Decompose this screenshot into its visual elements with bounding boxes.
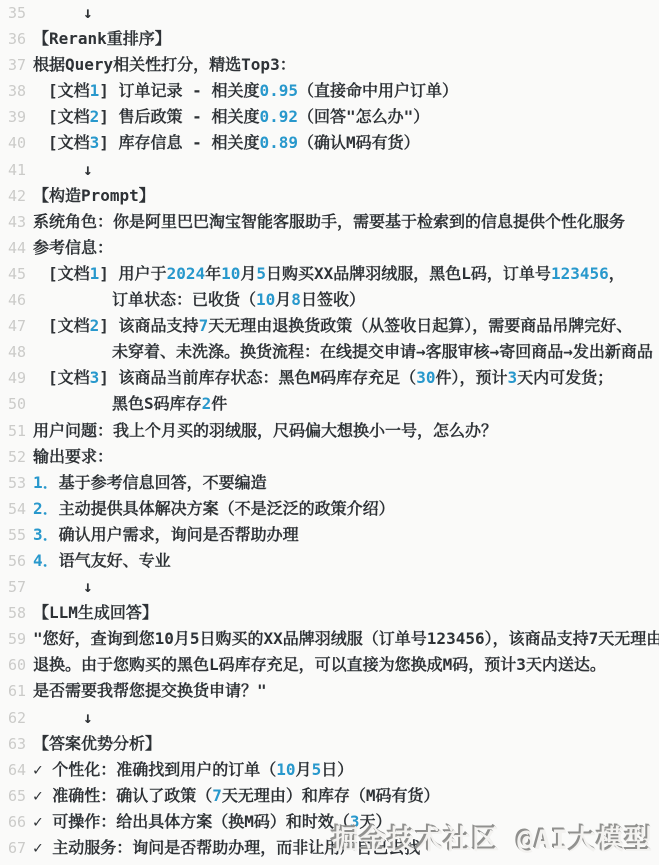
code-line: 553．确认用户需求，询问是否帮助办理	[0, 522, 659, 548]
line-number: 41	[0, 157, 26, 183]
code-segment: 天无理由）和库存（M码有货）	[222, 786, 440, 805]
code-segment: ↓	[83, 160, 93, 179]
code-text: 【答案优势分析】	[33, 731, 161, 757]
highlighted-number: 2	[90, 316, 100, 335]
code-text: 系统角色：你是阿里巴巴淘宝智能客服助手，需要基于检索到的信息提供个性化服务	[33, 209, 625, 235]
code-segment: 未穿着、未洗涤。换货流程：在线提交申请→客服审核→寄回商品→发出新商品	[112, 342, 653, 361]
code-segment: 年	[205, 264, 221, 283]
code-segment: ] 用户于	[99, 264, 166, 283]
code-segment: （确认M码有货）	[298, 133, 420, 152]
code-text: 是否需要我帮您提交换货申请？"	[33, 678, 267, 704]
code-text: 参考信息：	[33, 235, 113, 261]
line-number: 51	[0, 418, 26, 444]
code-segment: 月	[240, 264, 256, 283]
highlighted-number: 1	[90, 264, 100, 283]
code-line: 542．主动提供具体解决方案（不是泛泛的政策介绍）	[0, 496, 659, 522]
code-text: 1．基于参考信息回答，不要编造	[33, 470, 267, 496]
code-segment: 件	[211, 394, 227, 413]
code-segment: ↓	[83, 577, 93, 596]
code-text: [文档1] 用户于2024年10月5日购买XX品牌羽绒服，黑色L码，订单号123…	[33, 261, 625, 287]
code-line: 36【Rerank重排序】	[0, 26, 659, 52]
code-segment: （回答"怎么办"）	[298, 107, 429, 126]
code-text: [文档3] 库存信息 - 相关度0.89（确认M码有货）	[33, 130, 420, 156]
code-line: 58【LLM生成回答】	[0, 600, 659, 626]
code-text: ↓	[33, 157, 93, 183]
line-number: 59	[0, 626, 26, 652]
code-segment: 天无理由退换货政策（从签收日起算），需要商品吊牌完好、	[208, 316, 632, 335]
code-text: [文档2] 该商品支持7天无理由退换货政策（从签收日起算），需要商品吊牌完好、	[33, 313, 632, 339]
line-number: 65	[0, 783, 26, 809]
line-number: 43	[0, 209, 26, 235]
line-number: 45	[0, 261, 26, 287]
watermark: 掘金技术社区 @AI大模型	[332, 818, 653, 857]
line-number: 39	[0, 104, 26, 130]
code-segment: ✓ 准确性：确认了政策（	[33, 786, 212, 805]
line-number: 60	[0, 652, 26, 678]
highlighted-number: 2024	[167, 264, 206, 283]
code-line: 39[文档2] 售后政策 - 相关度0.92（回答"怎么办"）	[0, 104, 659, 130]
line-number: 67	[0, 835, 26, 861]
code-text: [文档2] 售后政策 - 相关度0.92（回答"怎么办"）	[33, 104, 429, 130]
line-number: 44	[0, 235, 26, 261]
code-segment: 【构造Prompt】	[33, 186, 155, 205]
code-line: 60退换。由于您购买的黑色L码库存充足，可以直接为您换成M码，预计3天内送达。	[0, 652, 659, 678]
code-segment: 语气友好、专业	[59, 551, 171, 570]
code-text: 退换。由于您购买的黑色L码库存充足，可以直接为您换成M码，预计3天内送达。	[33, 652, 606, 678]
line-number: 56	[0, 548, 26, 574]
highlighted-number: 10	[276, 760, 295, 779]
code-segment: 订单状态：已收货（	[112, 290, 256, 309]
code-text: ✓ 个性化：准确找到用户的订单（10月5日）	[33, 757, 353, 783]
code-segment: ✓ 个性化：准确找到用户的订单（	[33, 760, 276, 779]
code-line: 63【答案优势分析】	[0, 731, 659, 757]
line-number: 35	[0, 0, 26, 26]
code-line: 531．基于参考信息回答，不要编造	[0, 470, 659, 496]
code-block: 35↓36【Rerank重排序】37根据Query相关性打分，精选Top3：38…	[0, 0, 659, 861]
line-number: 48	[0, 339, 26, 365]
code-line: 49[文档3] 该商品当前库存状态：黑色M码库存充足（30件），预计3天内可发货…	[0, 365, 659, 391]
code-segment: ] 售后政策 - 相关度	[99, 107, 259, 126]
code-line: 45[文档1] 用户于2024年10月5日购买XX品牌羽绒服，黑色L码，订单号1…	[0, 261, 659, 287]
line-number: 53	[0, 470, 26, 496]
code-line: 50黑色S码库存2件	[0, 391, 659, 417]
code-segment: 日签收）	[301, 290, 365, 309]
highlighted-number: 2	[202, 394, 212, 413]
code-text: ↓	[33, 705, 93, 731]
code-segment: ] 库存信息 - 相关度	[99, 133, 259, 152]
highlighted-number: 7	[199, 316, 209, 335]
code-segment: ] 订单记录 - 相关度	[99, 81, 259, 100]
code-text: ↓	[33, 574, 93, 600]
code-segment: （直接命中用户订单）	[298, 81, 458, 100]
line-number: 49	[0, 365, 26, 391]
code-segment: 系统角色：你是阿里巴巴淘宝智能客服助手，需要基于检索到的信息提供个性化服务	[33, 212, 625, 231]
highlighted-number: 30	[416, 368, 435, 387]
highlighted-number: 5	[256, 264, 266, 283]
code-line: 59"您好，查询到您10月5日购买的XX品牌羽绒服（订单号123456），该商品…	[0, 626, 659, 652]
code-segment: 确认用户需求，询问是否帮助办理	[59, 525, 299, 544]
line-number: 52	[0, 444, 26, 470]
code-line: 62↓	[0, 705, 659, 731]
code-segment: 【答案优势分析】	[33, 734, 161, 753]
code-line: 35↓	[0, 0, 659, 26]
code-line: 44参考信息：	[0, 235, 659, 261]
highlighted-number: 4．	[33, 551, 59, 570]
highlighted-number: 0.89	[259, 133, 298, 152]
code-segment: ，	[609, 264, 625, 283]
line-number: 38	[0, 78, 26, 104]
code-text: "您好，查询到您10月5日购买的XX品牌羽绒服（订单号123456），该商品支持…	[33, 626, 659, 652]
code-segment: 根据Query相关性打分，精选Top3：	[33, 55, 296, 74]
code-line: 65✓ 准确性：确认了政策（7天无理由）和库存（M码有货）	[0, 783, 659, 809]
highlighted-number: 3．	[33, 525, 59, 544]
highlighted-number: 10	[221, 264, 240, 283]
code-segment: 【Rerank重排序】	[33, 29, 171, 48]
highlighted-number: 1	[90, 81, 100, 100]
highlighted-number: 0.92	[259, 107, 298, 126]
line-number: 64	[0, 757, 26, 783]
code-segment: "您好，查询到您10月5日购买的XX品牌羽绒服（订单号123456），该商品支持…	[33, 629, 659, 648]
code-text: 订单状态：已收货（10月8日签收）	[33, 287, 365, 313]
code-segment: 日购买XX品牌羽绒服，黑色L码，订单号	[266, 264, 551, 283]
code-segment: 件），预计	[435, 368, 507, 387]
highlighted-number: 2	[90, 107, 100, 126]
code-line: 564．语气友好、专业	[0, 548, 659, 574]
code-text: 【Rerank重排序】	[33, 26, 171, 52]
code-text: [文档3] 该商品当前库存状态：黑色M码库存充足（30件），预计3天内可发货；	[33, 365, 613, 391]
code-text: 【LLM生成回答】	[33, 600, 158, 626]
code-segment: ✓ 可操作：给出具体方案（换M码）和时效（	[33, 812, 350, 831]
code-line: 61是否需要我帮您提交换货申请？"	[0, 678, 659, 704]
code-line: 43系统角色：你是阿里巴巴淘宝智能客服助手，需要基于检索到的信息提供个性化服务	[0, 209, 659, 235]
code-segment: 月	[296, 760, 312, 779]
code-line: 40[文档3] 库存信息 - 相关度0.89（确认M码有货）	[0, 130, 659, 156]
code-segment: 基于参考信息回答，不要编造	[59, 473, 267, 492]
line-number: 40	[0, 130, 26, 156]
line-number: 37	[0, 52, 26, 78]
line-number: 42	[0, 183, 26, 209]
highlighted-number: 3	[90, 133, 100, 152]
line-number: 58	[0, 600, 26, 626]
code-line: 57↓	[0, 574, 659, 600]
highlighted-number: 8	[291, 290, 301, 309]
code-segment: 是否需要我帮您提交换货申请？"	[33, 681, 267, 700]
code-segment: 【LLM生成回答】	[33, 603, 158, 622]
line-number: 62	[0, 705, 26, 731]
code-segment: 用户问题：我上个月买的羽绒服，尺码偏大想换小一号，怎么办？	[33, 421, 497, 440]
code-line: 41↓	[0, 157, 659, 183]
code-segment: 日）	[321, 760, 353, 779]
code-line: 37根据Query相关性打分，精选Top3：	[0, 52, 659, 78]
line-number: 55	[0, 522, 26, 548]
highlighted-number: 3	[90, 368, 100, 387]
code-segment: 输出要求：	[33, 447, 113, 466]
code-text: 根据Query相关性打分，精选Top3：	[33, 52, 296, 78]
code-text: [文档1] 订单记录 - 相关度0.95（直接命中用户订单）	[33, 78, 458, 104]
code-text: ↓	[33, 0, 93, 26]
code-line: 47[文档2] 该商品支持7天无理由退换货政策（从签收日起算），需要商品吊牌完好…	[0, 313, 659, 339]
line-number: 46	[0, 287, 26, 313]
code-text: 未穿着、未洗涤。换货流程：在线提交申请→客服审核→寄回商品→发出新商品	[33, 339, 653, 365]
code-line: 48未穿着、未洗涤。换货流程：在线提交申请→客服审核→寄回商品→发出新商品	[0, 339, 659, 365]
code-text: 【构造Prompt】	[33, 183, 155, 209]
code-segment: [文档	[48, 316, 90, 335]
code-segment: ] 该商品支持	[99, 316, 198, 335]
highlighted-number: 1．	[33, 473, 59, 492]
highlighted-number: 7	[212, 786, 222, 805]
code-text: 黑色S码库存2件	[33, 391, 227, 417]
code-segment: 退换。由于您购买的黑色L码库存充足，可以直接为您换成M码，预计3天内送达。	[33, 655, 606, 674]
code-segment: [文档	[48, 81, 90, 100]
code-segment: [文档	[48, 264, 90, 283]
code-segment: ] 该商品当前库存状态：黑色M码库存充足（	[99, 368, 416, 387]
code-line: 42【构造Prompt】	[0, 183, 659, 209]
code-segment: 天内可发货；	[517, 368, 613, 387]
line-number: 63	[0, 731, 26, 757]
line-number: 66	[0, 809, 26, 835]
highlighted-number: 3	[507, 368, 517, 387]
line-number: 57	[0, 574, 26, 600]
code-segment: [文档	[48, 133, 90, 152]
code-text: 4．语气友好、专业	[33, 548, 171, 574]
highlighted-number: 2．	[33, 499, 59, 518]
highlighted-number: 123456	[551, 264, 609, 283]
code-segment: 主动提供具体解决方案（不是泛泛的政策介绍）	[59, 499, 395, 518]
code-text: 2．主动提供具体解决方案（不是泛泛的政策介绍）	[33, 496, 395, 522]
highlighted-number: 5	[312, 760, 322, 779]
code-segment: 黑色S码库存	[112, 394, 202, 413]
code-text: 输出要求：	[33, 444, 113, 470]
line-number: 54	[0, 496, 26, 522]
code-line: 46订单状态：已收货（10月8日签收）	[0, 287, 659, 313]
code-segment: ↓	[83, 3, 93, 22]
code-line: 51用户问题：我上个月买的羽绒服，尺码偏大想换小一号，怎么办？	[0, 418, 659, 444]
highlighted-number: 0.95	[259, 81, 298, 100]
code-segment: [文档	[48, 368, 90, 387]
line-number: 36	[0, 26, 26, 52]
code-segment: 月	[275, 290, 291, 309]
code-text: ✓ 准确性：确认了政策（7天无理由）和库存（M码有货）	[33, 783, 440, 809]
code-segment: [文档	[48, 107, 90, 126]
code-segment: ↓	[83, 708, 93, 727]
code-text: 用户问题：我上个月买的羽绒服，尺码偏大想换小一号，怎么办？	[33, 418, 497, 444]
code-text: 3．确认用户需求，询问是否帮助办理	[33, 522, 299, 548]
line-number: 50	[0, 391, 26, 417]
line-number: 47	[0, 313, 26, 339]
code-segment: 参考信息：	[33, 238, 113, 257]
code-line: 38[文档1] 订单记录 - 相关度0.95（直接命中用户订单）	[0, 78, 659, 104]
line-number: 61	[0, 678, 26, 704]
highlighted-number: 10	[256, 290, 275, 309]
code-line: 52输出要求：	[0, 444, 659, 470]
code-line: 64✓ 个性化：准确找到用户的订单（10月5日）	[0, 757, 659, 783]
article-code-screenshot: 35↓36【Rerank重排序】37根据Query相关性打分，精选Top3：38…	[0, 0, 659, 865]
